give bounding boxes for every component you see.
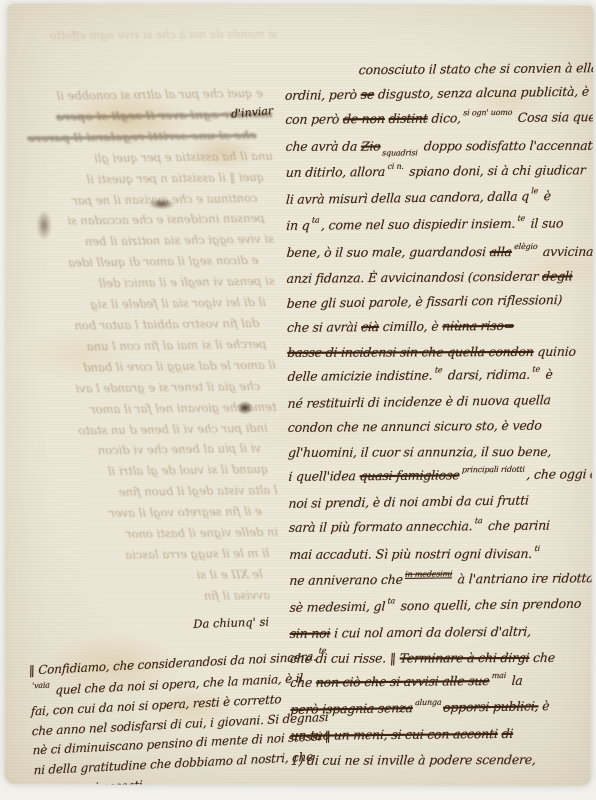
bleed-through-line: che si une scritti regolarsi il parere (16, 125, 258, 149)
interline-insertion: alunga (414, 690, 442, 715)
text-run: à l'antriano ire ridotta (453, 570, 593, 586)
bleed-through-line: una il ha assistia e per quei gli (16, 145, 274, 169)
text-run: che si avrài (287, 319, 362, 335)
manuscript-line: 1) di cui ne si inville à podere scender… (290, 747, 593, 773)
struck-text-run: opporsi publici, (443, 698, 539, 714)
interline-insertion: te (517, 207, 526, 232)
text-run: è (540, 188, 552, 203)
text-run: è (541, 367, 553, 382)
text-run: sè medesimi, gl (289, 598, 386, 614)
text-run: darsi, ridima. (444, 367, 531, 383)
interline-insertion: mai (491, 664, 507, 689)
text-run: che parini (484, 518, 551, 534)
margin-note-mid: Da chiunq' si (193, 615, 269, 631)
manuscript-line: in qta, come nel suo dispiedir insiem.te… (285, 211, 593, 240)
manuscript-line: con però de non distint dico,si ogn' uom… (284, 105, 593, 134)
manuscript-footer-block: ‖ Confidiamo, che considerandosi da noi … (28, 648, 316, 786)
manuscript-line: ne anniverano chein medesimi à l'antrian… (289, 566, 594, 595)
bleed-through-line: avvisa il fin (22, 585, 271, 609)
struck-text-run: distint (388, 111, 428, 126)
text-run: la (507, 673, 523, 688)
text-run: un ditirlo, allora (285, 164, 385, 180)
struck-text-run: Zio (361, 138, 382, 153)
manuscript-line: i quell'idea quasi famiglioseprincipali … (288, 462, 594, 491)
manuscript-line: noi si prendi, è di noi ambi da cui frut… (288, 487, 594, 516)
struck-text-run: Terminare à chi dirgi (399, 649, 530, 664)
manuscript-line: bene gli suoi parole, è fissarli con rif… (286, 287, 593, 316)
manuscript-line: un ditirlo, alloraci n. spiano doni, si … (285, 158, 593, 187)
bleed-through-line: tema che giovani nel far il amor (19, 396, 277, 420)
manuscript-line: che di cui risse. ‖ Terminare à chi dirg… (289, 645, 593, 671)
text-run: doppo sodisfatto l'accennato (420, 137, 594, 153)
text-run: delle amicizie indistine. (287, 368, 433, 384)
struck-text-run: niùna riso= (442, 318, 515, 334)
text-run: sarà il più formato annecchia. (289, 518, 474, 535)
text-run: i cui nol amori da dolersi d'altri, (330, 624, 532, 641)
manuscript-line: li avrà misurì della sua candora, dalla … (285, 183, 593, 214)
struck-text-run: se (360, 86, 374, 101)
manuscript-line: né restituirli di incidenze è di nuova q… (287, 387, 593, 416)
interline-insertion: te (434, 358, 443, 383)
text-run: il suo (526, 215, 563, 230)
text-run: condon che ne annunci sicuro sto, è vedo (287, 418, 542, 435)
struck-text-run: basse di incidensi sin che quella condon (287, 343, 534, 359)
text-run: ne anniverano che (289, 572, 403, 588)
text-run: i quell'idea (288, 468, 360, 484)
struck-text-run: quasi famigliose (359, 467, 460, 483)
struck-text-run: de non (343, 111, 386, 126)
interline-insertion: principali ridotti (461, 458, 525, 483)
struck-text-run: sin noi (289, 625, 331, 640)
text-run: ordini, però (285, 86, 362, 102)
interline-insertion: le (531, 179, 539, 204)
bleed-through-line: quei ‖ il assistia n per questi il (16, 166, 265, 190)
text-run: Cosa sia quel (514, 109, 594, 125)
struck-text-run: di (501, 726, 514, 741)
interline-insertion: ta (311, 209, 320, 234)
text-run: conosciuto il stato che si convien à ell… (358, 60, 593, 77)
interline-insertion: elègio (513, 234, 538, 259)
text-run: è (538, 698, 550, 713)
text-run: , che oggi da (526, 466, 593, 482)
text-run: 1) di cui ne si inville à podere scender… (290, 751, 536, 767)
interline-insertion: si ogn' uomo (463, 101, 514, 126)
text-run: li avrà misurì della sua candora, dalla … (286, 188, 530, 206)
text-run: sono quelli, che sin prendono (396, 595, 581, 613)
text-run: mai accaduti. Sì più nostri ogni divisan… (289, 545, 533, 561)
text-run: bene gli suoi parole, è fissarli con rif… (286, 291, 562, 310)
bleed-through-line: che gia il tener si e grande l avi (19, 376, 261, 400)
text-run: avvicinarsi (539, 243, 594, 258)
manuscript-line: condon che ne annunci sicuro sto, è vedo (287, 413, 593, 440)
text-run: con però (285, 111, 344, 127)
text-run: né restituirli di incidenze è di nuova q… (287, 392, 551, 411)
manuscript-main-column: conosciuto il stato che si convien à ell… (284, 56, 594, 773)
text-run: in q (286, 218, 310, 233)
interline-insertion: 'vaia (32, 675, 50, 696)
manuscript-line: sè medesimi, glta sono quelli, che sin p… (289, 591, 594, 622)
manuscript-line: bene, ò il suo male, guardandosi allaelè… (286, 239, 594, 267)
text-run: che (529, 649, 556, 664)
manuscript-line: che si avrài cià cimillo, è niùna riso= (286, 313, 593, 340)
manuscript-page: si manda da noi à che si vive ogni effet… (5, 4, 594, 786)
interline-insertion: ta (474, 509, 483, 534)
interline-insertion: ti (534, 536, 541, 561)
manuscript-line: però ispagnia senzaalungaopporsi publici… (290, 693, 594, 724)
manuscript-line: ordini, però se disgusto, senza alcuna p… (284, 79, 593, 108)
text-run: spiano doni, si à chi giudicar (405, 162, 586, 179)
struck-text-run: cià (361, 319, 380, 334)
manuscript-line: che avrà da Ziosquadrisi doppo sodisfatt… (285, 133, 594, 161)
text-run: disgusto, senza alcuna publicità, è (374, 83, 590, 101)
text-run: , come nel suo dispiedir insiem. (321, 216, 516, 233)
text-run: dico, (427, 110, 461, 125)
manuscript-line: sin noi i cui nol amori da dolersi d'alt… (289, 619, 593, 646)
text-run: noi si prendi, è di noi ambi da cui frut… (288, 492, 529, 510)
bleed-through-line: le XII e il si (22, 564, 264, 588)
text-run: mai cessati. (76, 777, 146, 786)
interline-insertion: te (532, 358, 541, 383)
manuscript-line: delle amicizie indistine.te darsi, ridim… (287, 362, 594, 391)
struck-text-run: alla (489, 244, 512, 259)
interline-insertion: ta (387, 589, 396, 614)
text-run: anzi fidanza. È avvicinandosi (considera… (286, 269, 542, 286)
struck-text-run: degli (542, 268, 573, 283)
manuscript-line: sarà il più formato annecchia.ta che par… (288, 513, 593, 542)
interline-insertion: ci n. (387, 155, 405, 180)
text-run: cimillo, è (379, 318, 443, 334)
manuscript-line: gl'huomini, il cuor si annunzia, il suo … (287, 439, 593, 465)
text-run: bene, ò il suo male, guardandosi (286, 244, 490, 260)
bleed-through-top-line: si manda da noi à che si vive ogni effet… (41, 28, 277, 43)
interline-insertion: te (319, 641, 327, 661)
struck-text-run: non ciò che si avvisi alle sue (315, 673, 489, 690)
struck-text-run: in medesimi (404, 562, 453, 587)
bleed-through-column: e quei che pur al altro si conobbe ilman… (17, 83, 280, 609)
text-run: quinio (533, 343, 576, 358)
manuscript-line: un tuo un meni, si cui con acconti di (290, 721, 594, 748)
text-run: che avrà da (285, 138, 361, 153)
